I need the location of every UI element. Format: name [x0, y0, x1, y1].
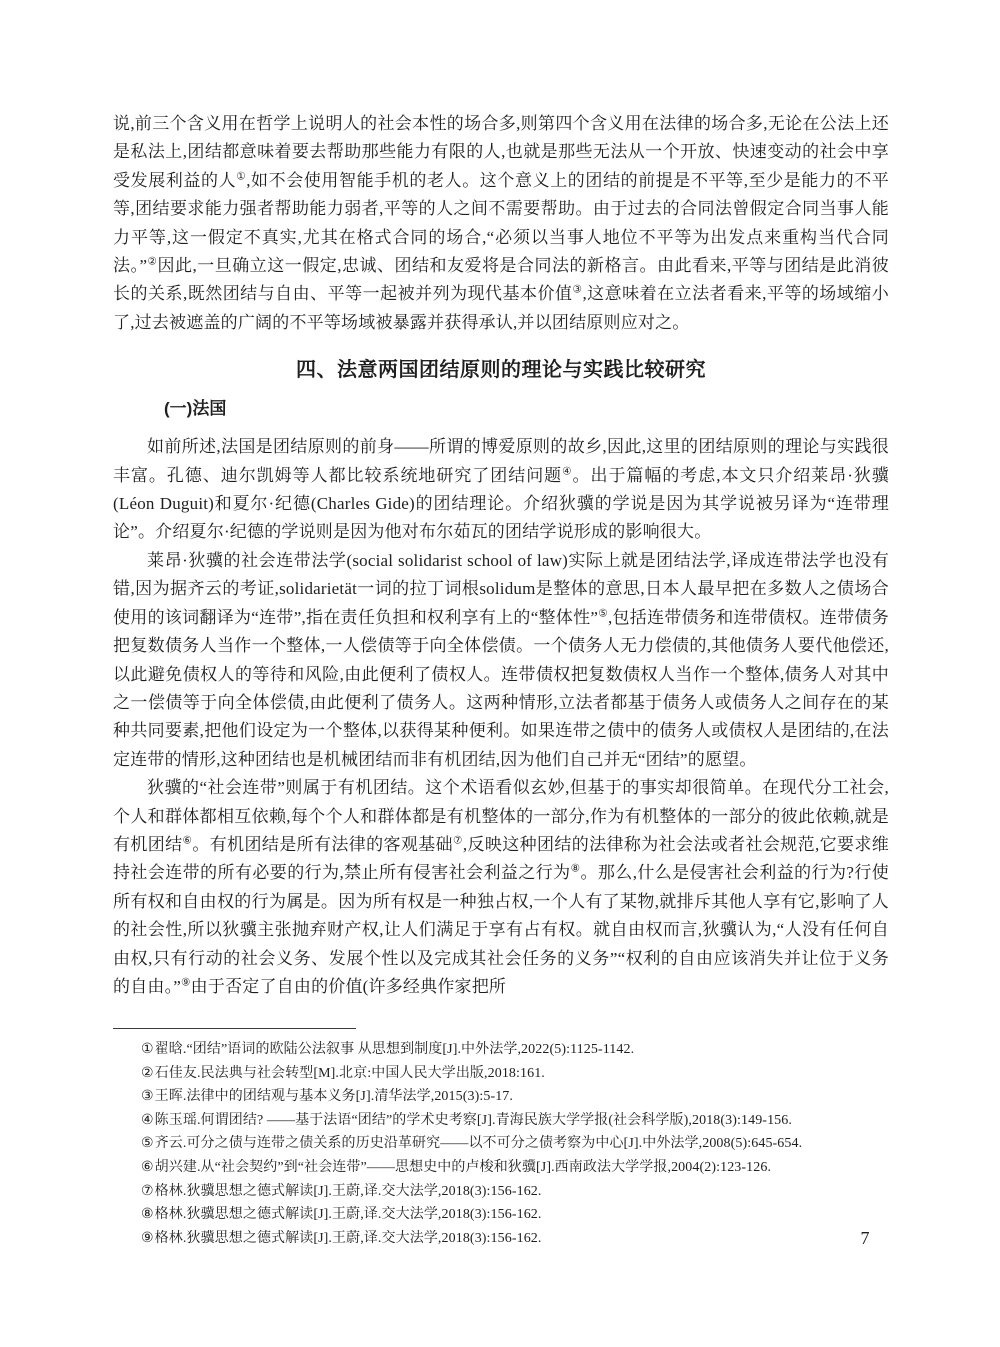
article-body: 说,前三个含义用在哲学上说明人的社会本性的场合多,则第四个含义用在法律的场合多,…	[113, 110, 889, 1001]
footnote-marker: ①	[141, 1042, 154, 1057]
footnote: ⑨格林.狄骥思想之德式解读[J].王蔚,译.交大法学,2018(3):156-1…	[113, 1227, 889, 1251]
footnote-text: 陈玉瑶.何谓团结? ——基于法语“团结”的学术史考察[J].青海民族大学学报(社…	[155, 1113, 792, 1128]
footnote: ③王晖.法律中的团结观与基本义务[J].清华法学,2015(3):5-17.	[113, 1085, 889, 1109]
footnote-text: 齐云.可分之债与连带之债关系的历史沿革研究——以不可分之债考察为中心[J].中外…	[155, 1136, 803, 1151]
footnote-marker: ⑦	[141, 1184, 154, 1199]
paper-page: 说,前三个含义用在哲学上说明人的社会本性的场合多,则第四个含义用在法律的场合多,…	[0, 0, 1000, 1347]
footnote-divider	[113, 1028, 356, 1029]
footnote-marker: ⑤	[141, 1136, 154, 1151]
body-paragraph-1: 说,前三个含义用在哲学上说明人的社会本性的场合多,则第四个含义用在法律的场合多,…	[113, 110, 889, 337]
footnote: ⑥胡兴建.从“社会契约”到“社会连带”——思想史中的卢梭和狄骥[J].西南政法大…	[113, 1156, 889, 1180]
footnote: ⑦格林.狄骥思想之德式解读[J].王蔚,译.交大法学,2018(3):156-1…	[113, 1180, 889, 1204]
footnote: ④陈玉瑶.何谓团结? ——基于法语“团结”的学术史考察[J].青海民族大学学报(…	[113, 1109, 889, 1133]
footnote: ⑤齐云.可分之债与连带之债关系的历史沿革研究——以不可分之债考察为中心[J].中…	[113, 1132, 889, 1156]
footnote: ⑧格林.狄骥思想之德式解读[J].王蔚,译.交大法学,2018(3):156-1…	[113, 1203, 889, 1227]
page-number: 7	[850, 1228, 880, 1249]
footnote: ①翟晗.“团结”语词的欧陆公法叙事 从思想到制度[J].中外法学,2022(5)…	[113, 1038, 889, 1062]
footnote-text: 石佳友.民法典与社会转型[M].北京:中国人民大学出版,2018:161.	[155, 1066, 545, 1081]
body-paragraph-4: 狄骥的“社会连带”则属于有机团结。这个术语看似玄妙,但基于的事实却很简单。在现代…	[113, 774, 889, 1001]
section-title: 四、法意两国团结原则的理论与实践比较研究	[113, 358, 889, 382]
footnote-marker: ③	[141, 1089, 154, 1104]
footnote-text: 胡兴建.从“社会契约”到“社会连带”——思想史中的卢梭和狄骥[J].西南政法大学…	[155, 1160, 771, 1175]
body-paragraph-3: 莱昂·狄骥的社会连带法学(social solidarist school of…	[113, 547, 889, 774]
footnote-text: 格林.狄骥思想之德式解读[J].王蔚,译.交大法学,2018(3):156-16…	[155, 1207, 542, 1222]
footnotes-section: ①翟晗.“团结”语词的欧陆公法叙事 从思想到制度[J].中外法学,2022(5)…	[113, 1028, 889, 1250]
footnote-marker: ②	[141, 1066, 154, 1081]
footnote-text: 格林.狄骥思想之德式解读[J].王蔚,译.交大法学,2018(3):156-16…	[155, 1231, 542, 1246]
footnote-marker: ⑨	[141, 1231, 154, 1246]
footnote-text: 翟晗.“团结”语词的欧陆公法叙事 从思想到制度[J].中外法学,2022(5):…	[155, 1042, 635, 1057]
footnote-text: 王晖.法律中的团结观与基本义务[J].清华法学,2015(3):5-17.	[155, 1089, 513, 1104]
body-paragraph-2: 如前所述,法国是团结原则的前身——所谓的博爱原则的故乡,因此,这里的团结原则的理…	[113, 433, 889, 547]
subsection-title: (一)法国	[113, 398, 889, 420]
footnote: ②石佳友.民法典与社会转型[M].北京:中国人民大学出版,2018:161.	[113, 1062, 889, 1086]
footnote-marker: ④	[141, 1113, 154, 1128]
footnote-marker: ⑧	[141, 1207, 154, 1222]
footnote-text: 格林.狄骥思想之德式解读[J].王蔚,译.交大法学,2018(3):156-16…	[155, 1184, 542, 1199]
footnote-marker: ⑥	[141, 1160, 154, 1175]
